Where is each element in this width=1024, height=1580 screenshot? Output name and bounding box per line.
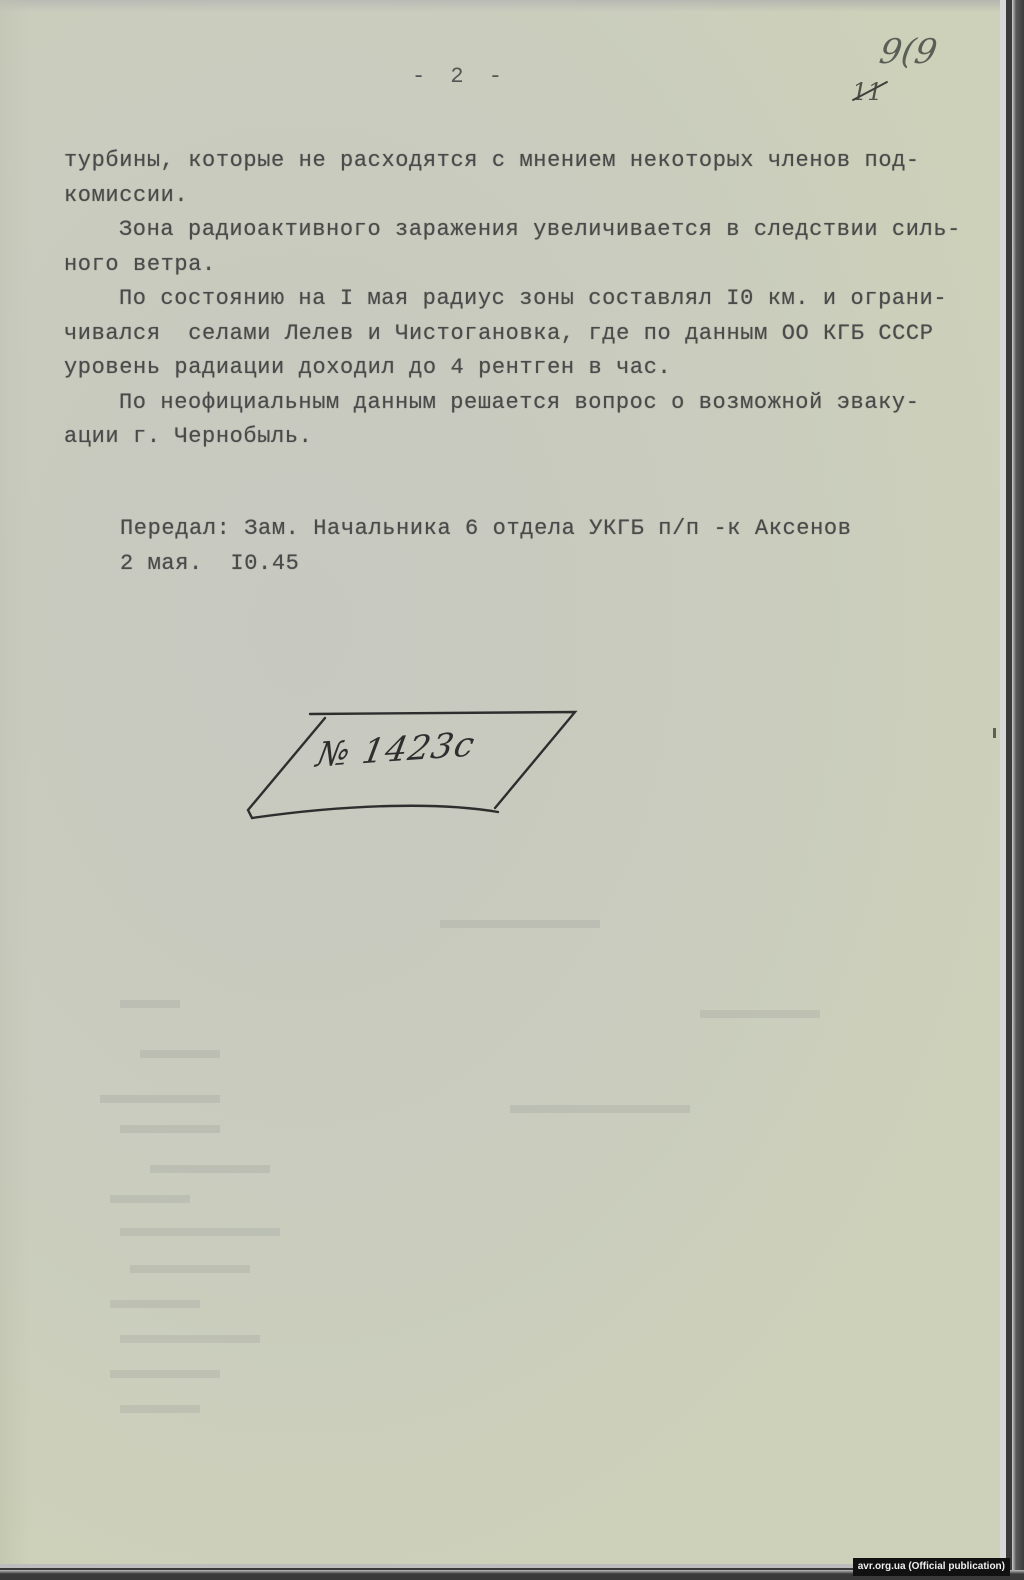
bleed-through-mark	[110, 1300, 200, 1308]
bleed-through-mark	[120, 1405, 200, 1413]
bleed-through-mark	[510, 1105, 690, 1113]
document-page: - 2 - 9(9 11 турбины, которые не расходя…	[0, 0, 1006, 1568]
page-number: - 2 -	[412, 64, 508, 89]
bleed-through-mark	[440, 920, 600, 928]
bleed-through-mark	[140, 1050, 220, 1058]
source-watermark: avr.org.ua (Official publication)	[853, 1558, 1010, 1576]
bleed-through-mark	[120, 1125, 220, 1133]
body-line: Зона радиоактивного заражения увеличивае…	[64, 213, 961, 248]
bleed-through-mark	[110, 1370, 220, 1378]
bleed-through-mark	[150, 1165, 270, 1173]
body-line: По состоянию на I мая радиус зоны состав…	[64, 282, 961, 317]
signature-block: Передал: Зам. Начальника 6 отдела УКГБ п…	[120, 512, 852, 581]
bleed-through-mark	[700, 1010, 820, 1018]
margin-mark	[993, 728, 996, 738]
bleed-through-mark	[100, 1095, 220, 1103]
date-time-line: 2 мая. I0.45	[120, 547, 852, 582]
bleed-through-mark	[110, 1195, 190, 1203]
bleed-through-mark	[130, 1265, 250, 1273]
sender-line: Передал: Зам. Начальника 6 отдела УКГБ п…	[120, 512, 852, 547]
body-line: комиссии.	[64, 179, 961, 214]
handwritten-registration-stamp: № 1423с	[240, 700, 580, 820]
body-line: турбины, которые не расходятся с мнением…	[64, 144, 961, 179]
folio-number-handwritten: 9(9	[876, 32, 940, 72]
document-body: турбины, которые не расходятся с мнением…	[64, 144, 961, 455]
body-line: ного ветра.	[64, 248, 961, 283]
bleed-through-mark	[120, 1228, 280, 1236]
body-line: ации г. Чернобыль.	[64, 420, 961, 455]
body-line: По неофициальным данным решается вопрос …	[64, 386, 961, 421]
folio-number-crossed-out: 11	[852, 78, 883, 106]
bleed-through-mark	[120, 1335, 260, 1343]
body-line: уровень радиации доходил до 4 рентген в …	[64, 351, 961, 386]
bleed-through-mark	[120, 1000, 180, 1008]
scan-edge-right	[1012, 0, 1024, 1580]
body-line: чивался селами Лелев и Чистогановка, где…	[64, 317, 961, 352]
